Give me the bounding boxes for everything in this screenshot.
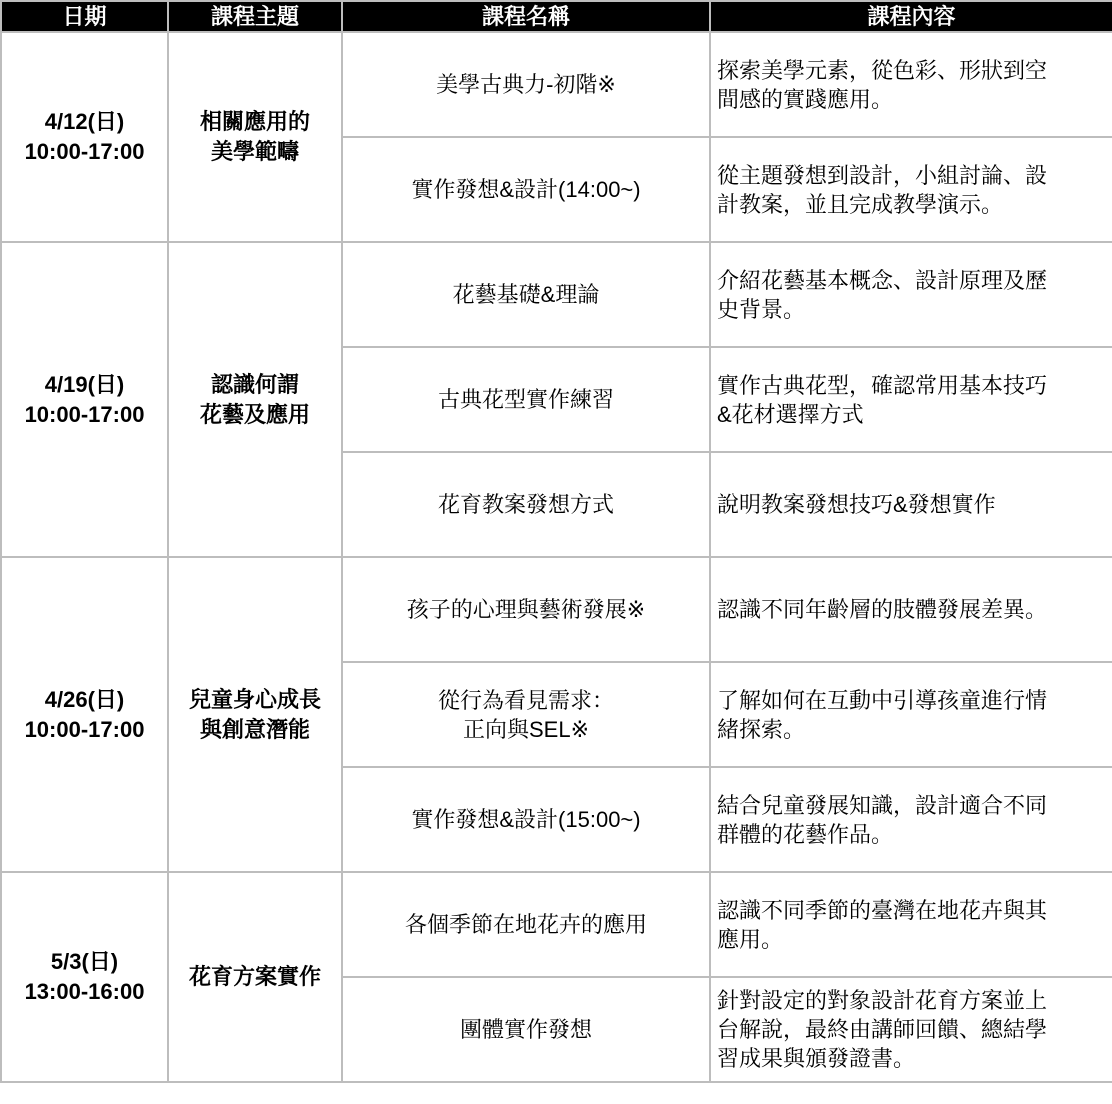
header-course-content: 課程內容 [710, 1, 1112, 32]
course-desc-line: 群體的花藝作品。 [717, 820, 1106, 849]
course-desc-line: 從主題發想到設計，小組討論、設 [717, 161, 1106, 190]
course-name: 美學古典力-初階※ [343, 70, 709, 99]
session-topic-cell: 花育方案實作 [168, 872, 342, 1082]
course-desc-cell: 認識不同年齡層的肢體發展差異。 [710, 557, 1112, 662]
session-time: 10:00-17:00 [2, 715, 167, 745]
course-desc-line: 介紹花藝基本概念、設計原理及歷 [717, 266, 1106, 295]
session-date: 5/3(日) [2, 947, 167, 977]
topic-line: 兒童身心成長 [169, 685, 341, 715]
topic-line: 花育方案實作 [169, 962, 341, 992]
course-desc-line: 史背景。 [717, 295, 1106, 324]
course-desc-line: 習成果與頒發證書。 [717, 1044, 1106, 1073]
course-name: 古典花型實作練習 [343, 385, 709, 414]
course-name: 實作發想&設計(14:00~) [343, 175, 709, 204]
course-desc-cell: 結合兒童發展知識，設計適合不同 群體的花藝作品。 [710, 767, 1112, 872]
course-name-cell: 從行為看見需求： 正向與SEL※ [342, 662, 710, 767]
course-name: 團體實作發想 [343, 1015, 709, 1044]
session-time: 10:00-17:00 [2, 400, 167, 430]
header-row: 日期 課程主題 課程名稱 課程內容 [1, 1, 1112, 32]
session-topic-cell: 認識何謂 花藝及應用 [168, 242, 342, 557]
topic-line: 美學範疇 [169, 137, 341, 167]
course-desc-line: 了解如何在互動中引導孩童進行情 [717, 686, 1106, 715]
course-desc-cell: 認識不同季節的臺灣在地花卉與其 應用。 [710, 872, 1112, 977]
session-date-cell: 4/26(日) 10:00-17:00 [1, 557, 168, 872]
course-name: 正向與SEL※ [343, 715, 709, 744]
course-desc-line: 說明教案發想技巧&發想實作 [717, 490, 1106, 519]
course-name-cell: 花藝基礎&理論 [342, 242, 710, 347]
course-name: 孩子的心理與藝術發展※ [343, 595, 709, 624]
course-schedule-table: 日期 課程主題 課程名稱 課程內容 4/12(日) 10:00-17:00 相關… [0, 0, 1112, 1083]
header-topic: 課程主題 [168, 1, 342, 32]
course-name-cell: 花育教案發想方式 [342, 452, 710, 557]
course-name: 花育教案發想方式 [343, 490, 709, 519]
header-date: 日期 [1, 1, 168, 32]
course-desc-cell: 實作古典花型，確認常用基本技巧 &花材選擇方式 [710, 347, 1112, 452]
course-desc-cell: 從主題發想到設計，小組討論、設 計教案，並且完成教學演示。 [710, 137, 1112, 242]
course-name-cell: 團體實作發想 [342, 977, 710, 1082]
course-desc-line: 台解說，最終由講師回饋、總結學 [717, 1015, 1106, 1044]
course-name: 從行為看見需求： [343, 686, 709, 715]
table-row: 5/3(日) 13:00-16:00 花育方案實作 各個季節在地花卉的應用 認識… [1, 872, 1112, 977]
course-desc-line: 計教案，並且完成教學演示。 [717, 190, 1106, 219]
session-topic-cell: 相關應用的 美學範疇 [168, 32, 342, 242]
topic-line: 認識何謂 [169, 370, 341, 400]
session-time: 10:00-17:00 [2, 137, 167, 167]
course-name-cell: 實作發想&設計(15:00~) [342, 767, 710, 872]
session-topic-cell: 兒童身心成長 與創意潛能 [168, 557, 342, 872]
course-desc-line: 緒探索。 [717, 715, 1106, 744]
course-desc-cell: 針對設定的對象設計花育方案並上 台解說，最終由講師回饋、總結學 習成果與頒發證書… [710, 977, 1112, 1082]
course-desc-line: 間感的實踐應用。 [717, 85, 1106, 114]
session-time: 13:00-16:00 [2, 977, 167, 1007]
session-date-cell: 4/19(日) 10:00-17:00 [1, 242, 168, 557]
course-desc-cell: 說明教案發想技巧&發想實作 [710, 452, 1112, 557]
session-date: 4/26(日) [2, 685, 167, 715]
session-date-cell: 5/3(日) 13:00-16:00 [1, 872, 168, 1082]
course-name-cell: 孩子的心理與藝術發展※ [342, 557, 710, 662]
course-desc-line: 針對設定的對象設計花育方案並上 [717, 986, 1106, 1015]
course-desc-cell: 介紹花藝基本概念、設計原理及歷 史背景。 [710, 242, 1112, 347]
topic-line: 相關應用的 [169, 107, 341, 137]
session-date: 4/19(日) [2, 370, 167, 400]
course-name-cell: 實作發想&設計(14:00~) [342, 137, 710, 242]
course-desc-line: 應用。 [717, 925, 1106, 954]
course-name: 各個季節在地花卉的應用 [343, 910, 709, 939]
session-date: 4/12(日) [2, 107, 167, 137]
course-desc-line: &花材選擇方式 [717, 400, 1106, 429]
course-desc-line: 實作古典花型，確認常用基本技巧 [717, 371, 1106, 400]
topic-line: 花藝及應用 [169, 400, 341, 430]
course-desc-line: 認識不同季節的臺灣在地花卉與其 [717, 896, 1106, 925]
course-desc-cell: 了解如何在互動中引導孩童進行情 緒探索。 [710, 662, 1112, 767]
course-name-cell: 古典花型實作練習 [342, 347, 710, 452]
session-date-cell: 4/12(日) 10:00-17:00 [1, 32, 168, 242]
course-name: 花藝基礎&理論 [343, 280, 709, 309]
topic-line: 與創意潛能 [169, 715, 341, 745]
header-course-name: 課程名稱 [342, 1, 710, 32]
course-desc-line: 認識不同年齡層的肢體發展差異。 [717, 595, 1106, 624]
course-name: 實作發想&設計(15:00~) [343, 805, 709, 834]
table-row: 4/12(日) 10:00-17:00 相關應用的 美學範疇 美學古典力-初階※… [1, 32, 1112, 137]
table-row: 4/19(日) 10:00-17:00 認識何謂 花藝及應用 花藝基礎&理論 介… [1, 242, 1112, 347]
course-desc-line: 探索美學元素，從色彩、形狀到空 [717, 56, 1106, 85]
course-name-cell: 各個季節在地花卉的應用 [342, 872, 710, 977]
course-desc-cell: 探索美學元素，從色彩、形狀到空 間感的實踐應用。 [710, 32, 1112, 137]
table-row: 4/26(日) 10:00-17:00 兒童身心成長 與創意潛能 孩子的心理與藝… [1, 557, 1112, 662]
course-desc-line: 結合兒童發展知識，設計適合不同 [717, 791, 1106, 820]
course-name-cell: 美學古典力-初階※ [342, 32, 710, 137]
